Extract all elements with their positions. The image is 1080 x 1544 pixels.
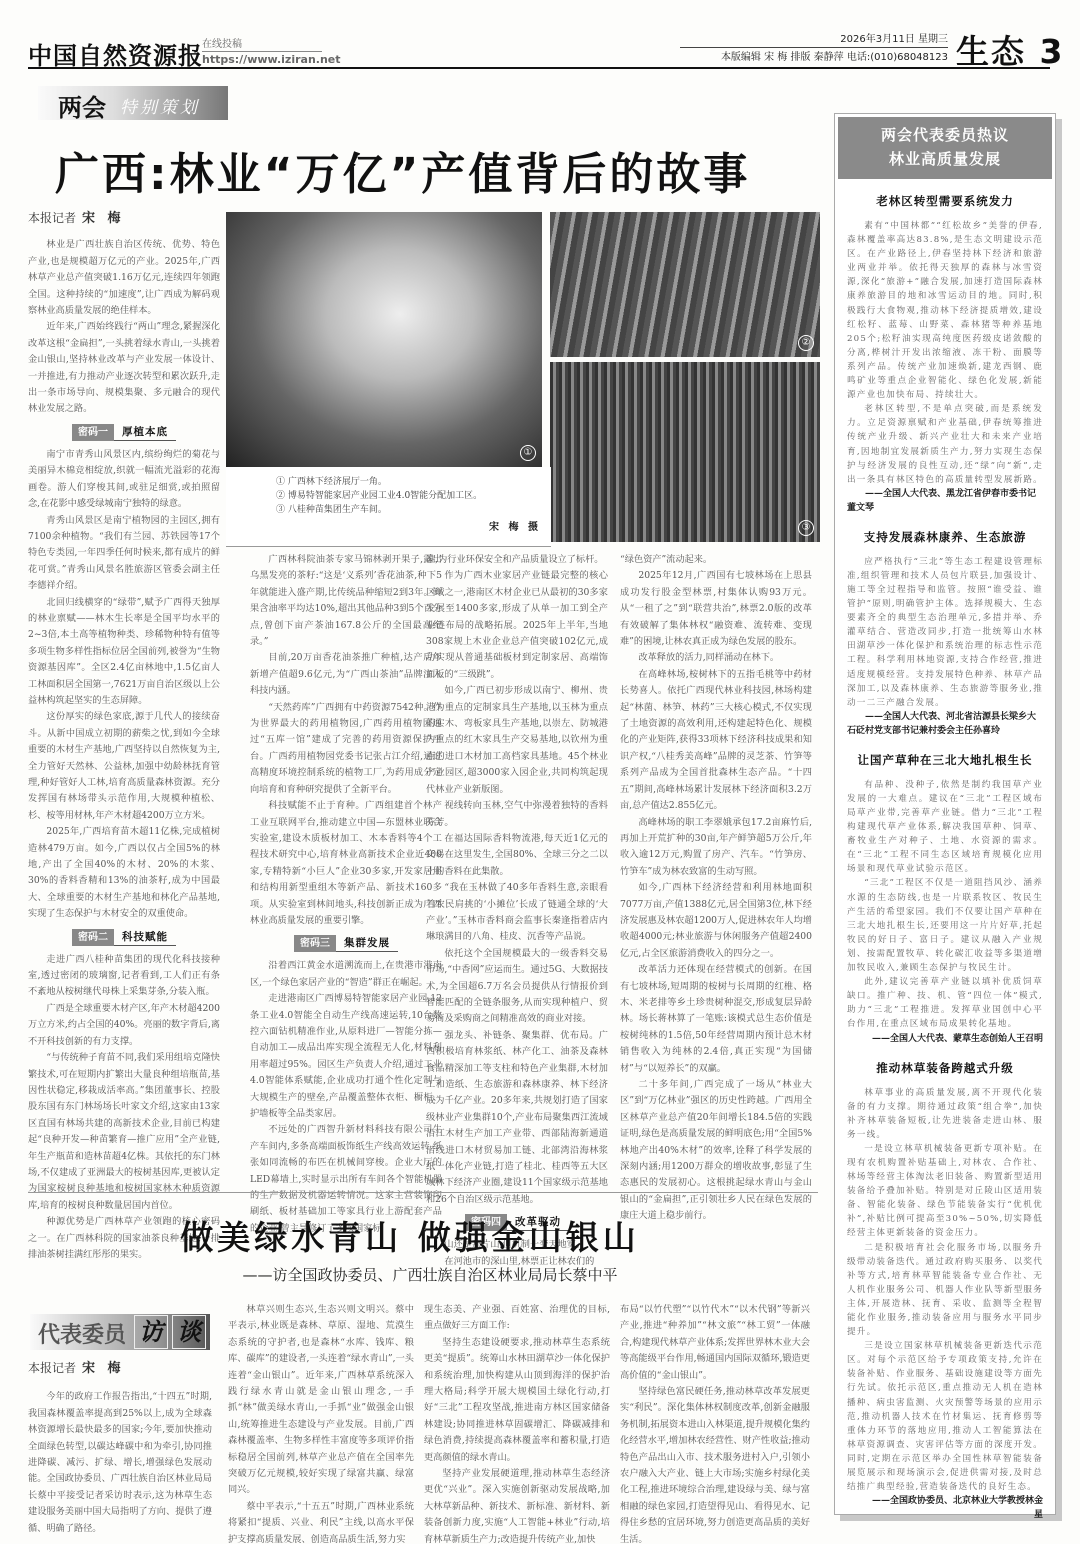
paragraph: 科技赋能不止于育种。广西组建首个林产工业互联网平台,推动建立中国—东盟林业联合实… (250, 798, 442, 929)
sidebar-opinion: 支持发展森林康养、生态旅游 应严格执行“三北”等生态工程建设管理标准,组织管理和… (835, 529, 1055, 738)
paragraph: 广西是全球重要木材产区,年产木材超4200万立方米,约占全国的40%。亮丽的数字… (28, 1001, 220, 1050)
paragraph: 依托这个全国规模最大的一级香料交易市场,“中香网”应运而生。通过5G、大数据技术… (426, 946, 608, 1028)
special-report-banner: 两会 特别策划 (38, 86, 228, 120)
article-column-4: “绿色资产”流动起来。 2025年12月,广西国有七坡林场在上思县成功发行股金型… (620, 552, 812, 1225)
paragraph: 布局“以竹代塑”“以竹代木”“以木代钢”等新兴产业,推进“种养加”“林文旅”“林… (620, 1302, 810, 1384)
main-headline: 广西:林业“万亿”产值背后的故事 (55, 138, 750, 202)
npc-cppcc-sidebar: 两会代表委员热议 林业高质量发展 老林区转型需要系统发力 素有“中国林都”“红松… (834, 113, 1056, 1515)
paragraph: 近年来,广西始终践行“两山”理念,紧握深化改革这根“金扁担”,一头挑着绿水青山,… (28, 319, 220, 417)
byline: 本报记者宋 梅 (28, 210, 220, 227)
paragraph: 如今,广西已初步形成以南宁、柳州、贵港为重点的定制家具生产基地,以玉林为重点的实… (426, 683, 608, 798)
article-column-3: 准,为行业环保安全和产品质量设立了标杆。 作为广西木业家居产业链最完整的核心区域… (426, 552, 608, 1270)
paragraph: 改革释放的活力,同样涌动在林下。 (620, 650, 812, 666)
banner-main: 两会 (58, 88, 106, 123)
paragraph: 今年的政府工作报告指出,“十四五”时期,我国森林覆盖率提高到25%以上,成为全球… (28, 1389, 212, 1537)
photo-smart-furniture-factory: ② (550, 212, 820, 357)
opinion-signature: ——全国人大代表、蒙草生态创始人王召明 (847, 1032, 1043, 1046)
paragraph: 这份厚实的绿色家底,源于几代人的接续奋斗。从新中国成立初期的薪柴之忧,到如今全球… (28, 709, 220, 824)
paragraph: 走进广西八桂种苗集团的现代化科技接种室,透过密闭的玻璃窗,记者看到,工人们正有条… (28, 952, 220, 1001)
interview-banner: 代表委员 访 谈 (30, 1314, 210, 1350)
paragraph: 改革活力还体现在经营模式的创新。在国有七坡林场,短周期的桉树与长周期的红椎、格木… (620, 962, 812, 1077)
opinion-signature: ——全国政协委员、北京林业大学教授林金星 (847, 1494, 1043, 1522)
section-divider (28, 1192, 818, 1193)
issue-date: 2026年3月11日 星期三 (680, 30, 948, 48)
opinion-title: 推动林草装备跨越式升级 (847, 1060, 1043, 1076)
subhead-code-3: 密码三集群发展 (250, 935, 442, 952)
paragraph: “我在玉林做了40多年香料生意,亲眼看着农民肩挑的‘小摊位’长成了链通全球的‘大… (426, 880, 608, 946)
paragraph: 走进港南区广西博易特智能家居产业园,12条工业4.0智能全自动生产线高速运转,1… (250, 991, 442, 1122)
photo-caption: ① 广西林下经济展厅一角。 ② 博易特智能家居产业园工业4.0智能分配加工区。 … (226, 467, 551, 547)
masthead-rule (28, 67, 1050, 69)
photo-number: ② (798, 335, 814, 351)
photo-number: ③ (798, 520, 814, 536)
sidebar-opinion: 老林区转型需要系统发力 素有“中国林都”“红松故乡”美誉的伊春,森林覆盖率高达8… (835, 193, 1055, 515)
paragraph: 蔡中平表示,“十五五”时期,广西林业系统将紧扣“提质、兴业、利民”主线,以高水平… (228, 1499, 414, 1544)
paragraph: 沿着西江黄金水道溯流而上,在贵港市港南区,一个绿色家居产业的“智造”群正在崛起。 (250, 958, 442, 991)
sidebar-opinion: 让国产草种在三北大地扎根生长 有品种、没种子,依然是制约我国草产业发展的一大难点… (835, 752, 1055, 1046)
paragraph: 视线转向玉林,空气中弥漫着独特的香料芬芳。 (426, 798, 608, 831)
interview-deck: ——访全国政协委员、广西壮族自治区林业局局长蔡中平 (0, 1264, 820, 1285)
opinion-title: 支持发展森林康养、生态旅游 (847, 529, 1043, 545)
newspaper-title: 中国自然资源报 (28, 36, 203, 71)
paragraph: 坚持生态建设硬要求,推动林草生态系统更美“提质”。统筹山水林田湖草沙一体化保护和… (424, 1335, 610, 1466)
paragraph: 准,为行业环保安全和产品质量设立了标杆。 (426, 552, 608, 568)
editor-line: 本版编辑 宋 梅 排版 秦静萍 电话:(010)68048123 (680, 48, 948, 63)
interview-column-1: 本报记者宋 梅 今年的政府工作报告指出,“十四五”时期,我国森林覆盖率提高到25… (28, 1360, 212, 1537)
photo-forest-economy-hall: ① (226, 212, 542, 467)
paragraph: 高峰林场的职工李翠娥承包17.2亩麻竹后,再加上开荒扩种的30亩,年产鲜笋超5万… (620, 815, 812, 881)
paragraph: “与传统种子育苗不同,我们采用组培克隆快繁技术,可在短期内扩繁出大量良种组培瓶苗… (28, 1050, 220, 1214)
opinion-signature: ——全国人大代表、河北省沽源县长梁乡大石砭村党支部书记兼村委会主任孙喜玲 (847, 710, 1043, 738)
interview-column-2: 林草兴则生态兴,生态兴则文明兴。蔡中平表示,林业既是森林、草原、湿地、荒漠生态系… (228, 1302, 414, 1544)
paragraph: 强龙头、补链条、聚集群、优布局。广西积极培育林浆纸、林产化工、油茶及森林食品精深… (426, 1028, 608, 1208)
sidebar-opinion: 推动林草装备跨越式升级 林草事业的高质量发展,离不开现代化装备的有力支撑。期待通… (835, 1060, 1055, 1523)
paragraph: 林业是广西壮族自治区传统、优势、特色产业,也是规模超万亿元的产业。2025年,广… (28, 237, 220, 319)
interview-column-3: 现生态美、产业强、百姓富、治理优的目标,重点做好三方面工作: 坚持生态建设硬要求… (424, 1302, 610, 1544)
caption-line: ② 博易特智能家居产业园工业4.0智能分配加工区。 (276, 489, 551, 503)
paragraph: 北回归线横穿的“绿带”,赋予广西得天独厚的林业禀赋——林木生长率是全国平均水平的… (28, 595, 220, 710)
sidebar-title: 两会代表委员热议 林业高质量发展 (838, 117, 1052, 179)
subhead-code-2: 密码二科技赋能 (28, 929, 220, 946)
paragraph: 广西林科院油茶专家马锦林剥开果子,露出乌黑发亮的茶籽:“这是‘义系列’香花油茶,… (250, 552, 442, 650)
subhead-code-1: 密码一厚植本底 (28, 424, 220, 441)
paragraph: 二十多年间,广西完成了一场从“林业大区”到“万亿林业”强区的历史性跨越。广西用全… (620, 1077, 812, 1225)
submit-url-link[interactable]: https://www.iziran.net (202, 51, 322, 66)
byline: 本报记者宋 梅 (28, 1360, 212, 1377)
paragraph: 坚持绿色富民硬任务,推动林草改革发展更实“利民”。深化集体林权制度改革,创新金融… (620, 1384, 810, 1544)
paragraph: “天然药库”广西拥有中药资源7542种。作为世界最大的药用植物园,广西药用植物园… (250, 700, 442, 798)
paragraph: 林草兴则生态兴,生态兴则文明兴。蔡中平表示,林业既是森林、草原、湿地、荒漠生态系… (228, 1302, 414, 1499)
paragraph: 作为广西木业家居产业链最完整的核心区域之一,港南区木材企业已从最初的30多家发展… (426, 568, 608, 683)
paragraph: 坚持产业发展硬道理,推动林草生态经济更优“兴业”。深入实施创新驱动发展战略,加大… (424, 1466, 610, 1544)
caption-line: ③ 八桂种苗集团生产车间。 (276, 503, 551, 517)
banner-sub: 特别策划 (120, 93, 200, 118)
article-column-1: 本报记者宋 梅 林业是广西壮族自治区传统、优势、特色产业,也是规模超万亿元的产业… (28, 210, 220, 1263)
paragraph: 在福达国际香料物流港,每天近1亿元的交易在这里发生,全国80%、全球三分之二以上… (426, 831, 608, 880)
paragraph: 2025年12月,广西国有七坡林场在上思县成功发行股金型林票,村集体认购93万元… (620, 568, 812, 650)
paragraph: 青秀山风景区是南宁植物园的主园区,拥有7100余种植物。“我们有兰园、苏铁园等1… (28, 513, 220, 595)
photo-seedling-workshop: ③ (550, 362, 820, 542)
interview-headline: 做美绿水青山 做强金山银山 (0, 1212, 820, 1259)
photo-number: ① (520, 445, 536, 461)
paragraph: 2025年,广西培育苗木超11亿株,完成植树造林479万亩。如今,广西以仅占全国… (28, 824, 220, 922)
paragraph: 目前,20万亩香花油茶推广种植,达产后年新增产值超9.6亿元,为“广西山茶油”品… (250, 650, 442, 699)
paragraph: 如今,广西林下经济经营和利用林地面积7077万亩,产值1388亿元,居全国第3位… (620, 880, 812, 962)
section-page-label: 生态 3 (956, 26, 1064, 73)
photo-credit: 宋 梅 摄 (276, 521, 551, 535)
opinion-title: 老林区转型需要系统发力 (847, 193, 1043, 209)
submission-info: 在线投稿 https://www.iziran.net (202, 38, 322, 66)
opinion-title: 让国产草种在三北大地扎根生长 (847, 752, 1043, 768)
paragraph: 在高峰林场,桉树林下的五指毛桃等中药材长势喜人。依托广西现代林业科技园,林场构建… (620, 667, 812, 815)
article-column-2: 广西林科院油茶专家马锦林剥开果子,露出乌黑发亮的茶籽:“这是‘义系列’香花油茶,… (250, 552, 442, 1237)
paragraph: “绿色资产”流动起来。 (620, 552, 812, 568)
paragraph: 现生态美、产业强、百姓富、治理优的目标,重点做好三方面工作: (424, 1302, 610, 1335)
opinion-signature: ——全国人大代表、黑龙江省伊春市委书记董文琴 (847, 487, 1043, 515)
submit-label: 在线投稿 (202, 39, 242, 50)
interview-column-4: 布局“以竹代塑”“以竹代木”“以木代钢”等新兴产业,推进“种养加”“林文旅”“林… (620, 1302, 810, 1544)
caption-line: ① 广西林下经济展厅一角。 (276, 475, 551, 489)
paragraph: 南宁市青秀山风景区内,缤纷绚烂的菊花与美丽异木棉竞相绽放,织就一幅流光溢彩的花海… (28, 447, 220, 513)
